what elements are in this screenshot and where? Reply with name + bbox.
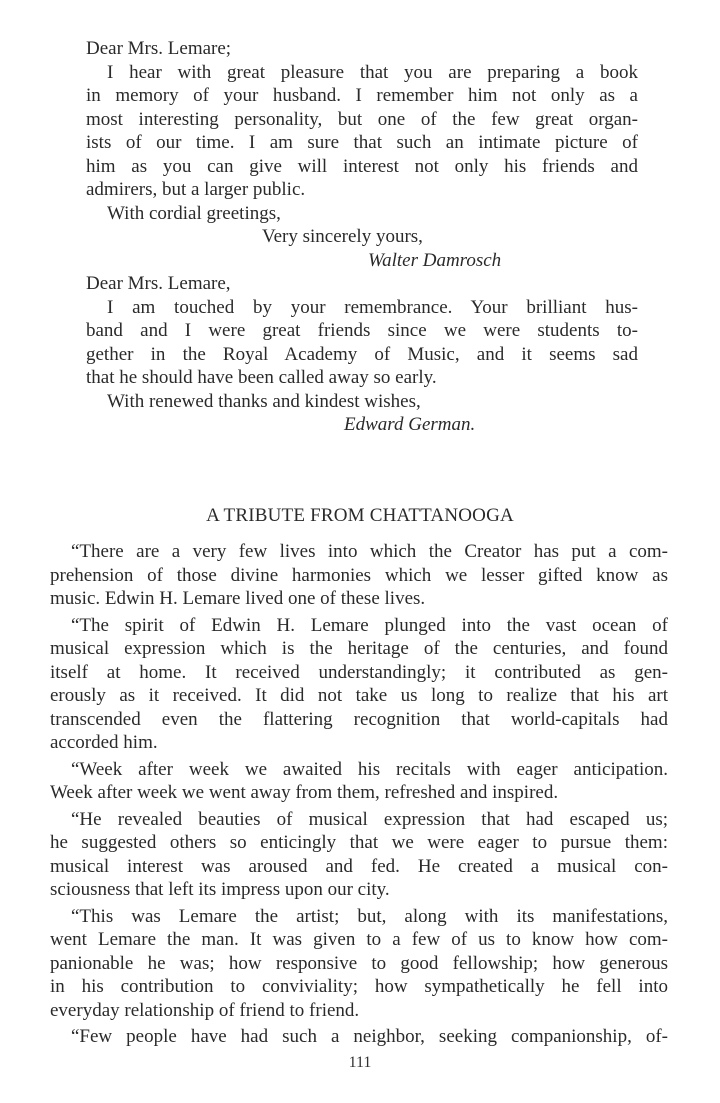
paragraph: “Few people have had such a neighbor, se… — [50, 1025, 668, 1049]
paragraph-line: musical expression which is the heritage… — [50, 637, 668, 661]
letter-signature: Walter Damrosch — [86, 249, 638, 273]
letter-body-line: ists of our time. I am sure that such an… — [86, 131, 638, 155]
letter-damrosch: Dear Mrs. Lemare; I hear with great plea… — [86, 37, 638, 272]
letter-body-line: that he should have been called away so … — [86, 366, 638, 390]
paragraph-line: prehension of those divine harmonies whi… — [50, 564, 668, 588]
paragraph-line: everyday relationship of friend to frien… — [50, 999, 668, 1023]
letter-body-line: in memory of your husband. I remember hi… — [86, 84, 638, 108]
letter-body-line: admirers, but a larger public. — [86, 178, 638, 202]
paragraph-line: “Few people have had such a neighbor, se… — [50, 1025, 668, 1049]
paragraph: “There are a very few lives into which t… — [50, 540, 668, 611]
letter-body-line: most interesting personality, but one of… — [86, 108, 638, 132]
paragraph-line: “He revealed beauties of musical express… — [50, 808, 668, 832]
letter-salutation: Dear Mrs. Lemare; — [86, 37, 638, 61]
paragraph-line: Week after week we went away from them, … — [50, 781, 668, 805]
letter-body-line: him as you can give will interest not on… — [86, 155, 638, 179]
letter-body-line: gether in the Royal Academy of Music, an… — [86, 343, 638, 367]
section-heading: A TRIBUTE FROM CHATTANOOGA — [0, 505, 720, 527]
page-number: 111 — [0, 1054, 720, 1072]
letter-salutation: Dear Mrs. Lemare, — [86, 272, 638, 296]
paragraph-line: in his contribution to conviviality; how… — [50, 975, 668, 999]
paragraph-line: went Lemare the man. It was given to a f… — [50, 928, 668, 952]
letter-body-line: I hear with great pleasure that you are … — [86, 61, 638, 85]
paragraph-line: accorded him. — [50, 731, 668, 755]
paragraph-line: he suggested others so enticingly that w… — [50, 831, 668, 855]
letter-body-line: band and I were great friends since we w… — [86, 319, 638, 343]
book-page: Dear Mrs. Lemare; I hear with great plea… — [0, 0, 720, 1103]
letters-block: Dear Mrs. Lemare; I hear with great plea… — [86, 37, 638, 437]
paragraph-line: panionable he was; how responsive to goo… — [50, 952, 668, 976]
paragraph: “He revealed beauties of musical express… — [50, 808, 668, 902]
paragraph-line: “The spirit of Edwin H. Lemare plunged i… — [50, 614, 668, 638]
paragraph-line: “This was Lemare the artist; but, along … — [50, 905, 668, 929]
paragraph: “The spirit of Edwin H. Lemare plunged i… — [50, 614, 668, 755]
paragraph: “This was Lemare the artist; but, along … — [50, 905, 668, 1023]
paragraph-line: music. Edwin H. Lemare lived one of thes… — [50, 587, 668, 611]
paragraph-line: erously as it received. It did not take … — [50, 684, 668, 708]
paragraph-line: itself at home. It received understandin… — [50, 661, 668, 685]
paragraph: “Week after week we awaited his recitals… — [50, 758, 668, 805]
letter-german: Dear Mrs. Lemare, I am touched by your r… — [86, 272, 638, 437]
paragraph-line: “Week after week we awaited his recitals… — [50, 758, 668, 782]
paragraph-line: sciousness that left its impress upon ou… — [50, 878, 668, 902]
letter-closing: With renewed thanks and kindest wishes, — [86, 390, 638, 414]
letter-closing: With cordial greetings, — [86, 202, 638, 226]
letter-body-line: I am touched by your remembrance. Your b… — [86, 296, 638, 320]
paragraph-line: musical interest was aroused and fed. He… — [50, 855, 668, 879]
tribute-body: “There are a very few lives into which t… — [50, 540, 668, 1049]
paragraph-line: transcended even the flattering recognit… — [50, 708, 668, 732]
paragraph-line: “There are a very few lives into which t… — [50, 540, 668, 564]
letter-signature: Edward German. — [86, 413, 638, 437]
letter-valediction: Very sincerely yours, — [86, 225, 638, 249]
